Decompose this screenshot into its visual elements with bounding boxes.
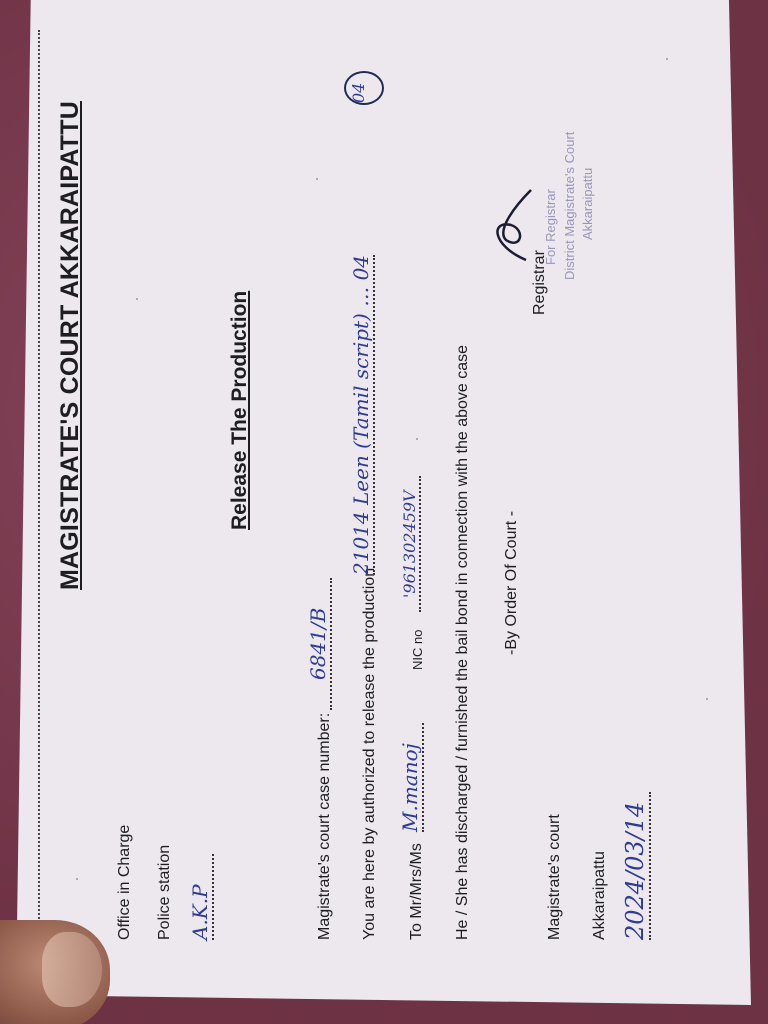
- circled-number-text: 04: [349, 83, 368, 103]
- thumbnail-nail: [42, 932, 102, 1007]
- footer-date-handwritten: 2024/03/14: [621, 792, 651, 940]
- addressee-police-station: Police station: [156, 845, 174, 940]
- court-title: MAGISTRATE'S COURT AKKARAIPATTU: [56, 0, 85, 590]
- footer-court: Magistrate's court: [546, 814, 564, 940]
- police-station-handwritten: A.K.P: [188, 854, 214, 940]
- stamp-line-3: Akkaraipattu: [580, 168, 595, 240]
- production-handwritten: 21014 Leen (Tamil script) … 04: [349, 255, 375, 575]
- authorization-text: You are here by authorized to release th…: [361, 568, 379, 940]
- paper-speck: [76, 878, 78, 880]
- document-sheet: MAGISTRATE'S COURT AKKARAIPATTU Release …: [16, 0, 751, 1005]
- paper-speck: [706, 698, 708, 700]
- top-dotted-rule: [38, 30, 40, 990]
- stamp-line-2: District Magistrate's Court: [562, 132, 577, 280]
- recipient-label: To Mr/Mrs/Ms: [408, 843, 426, 940]
- case-number-handwritten: 6841/B: [306, 578, 332, 710]
- paper-speck: [666, 58, 668, 60]
- stamp-line-1: For Registrar: [543, 189, 558, 265]
- nic-label: NIC no: [410, 630, 425, 670]
- bail-bond-text: He / She has discharged / furnished the …: [454, 345, 472, 940]
- recipient-handwritten: M.manoj: [398, 723, 424, 832]
- paper-speck: [416, 438, 418, 440]
- footer-location: Akkaraipattu: [591, 851, 609, 940]
- registrar-signature-icon: [486, 185, 546, 265]
- paper-speck: [136, 298, 138, 300]
- addressee-office: Office in Charge: [116, 825, 134, 940]
- document-heading: Release The Production: [228, 291, 252, 530]
- paper-speck: [316, 178, 318, 180]
- nic-handwritten: '961302459V: [400, 476, 421, 612]
- by-order-of-court: -By Order Of Court -: [503, 511, 521, 655]
- case-number-label: Magistrate's court case number:: [316, 713, 334, 940]
- document-content: MAGISTRATE'S COURT AKKARAIPATTU Release …: [16, 0, 751, 1000]
